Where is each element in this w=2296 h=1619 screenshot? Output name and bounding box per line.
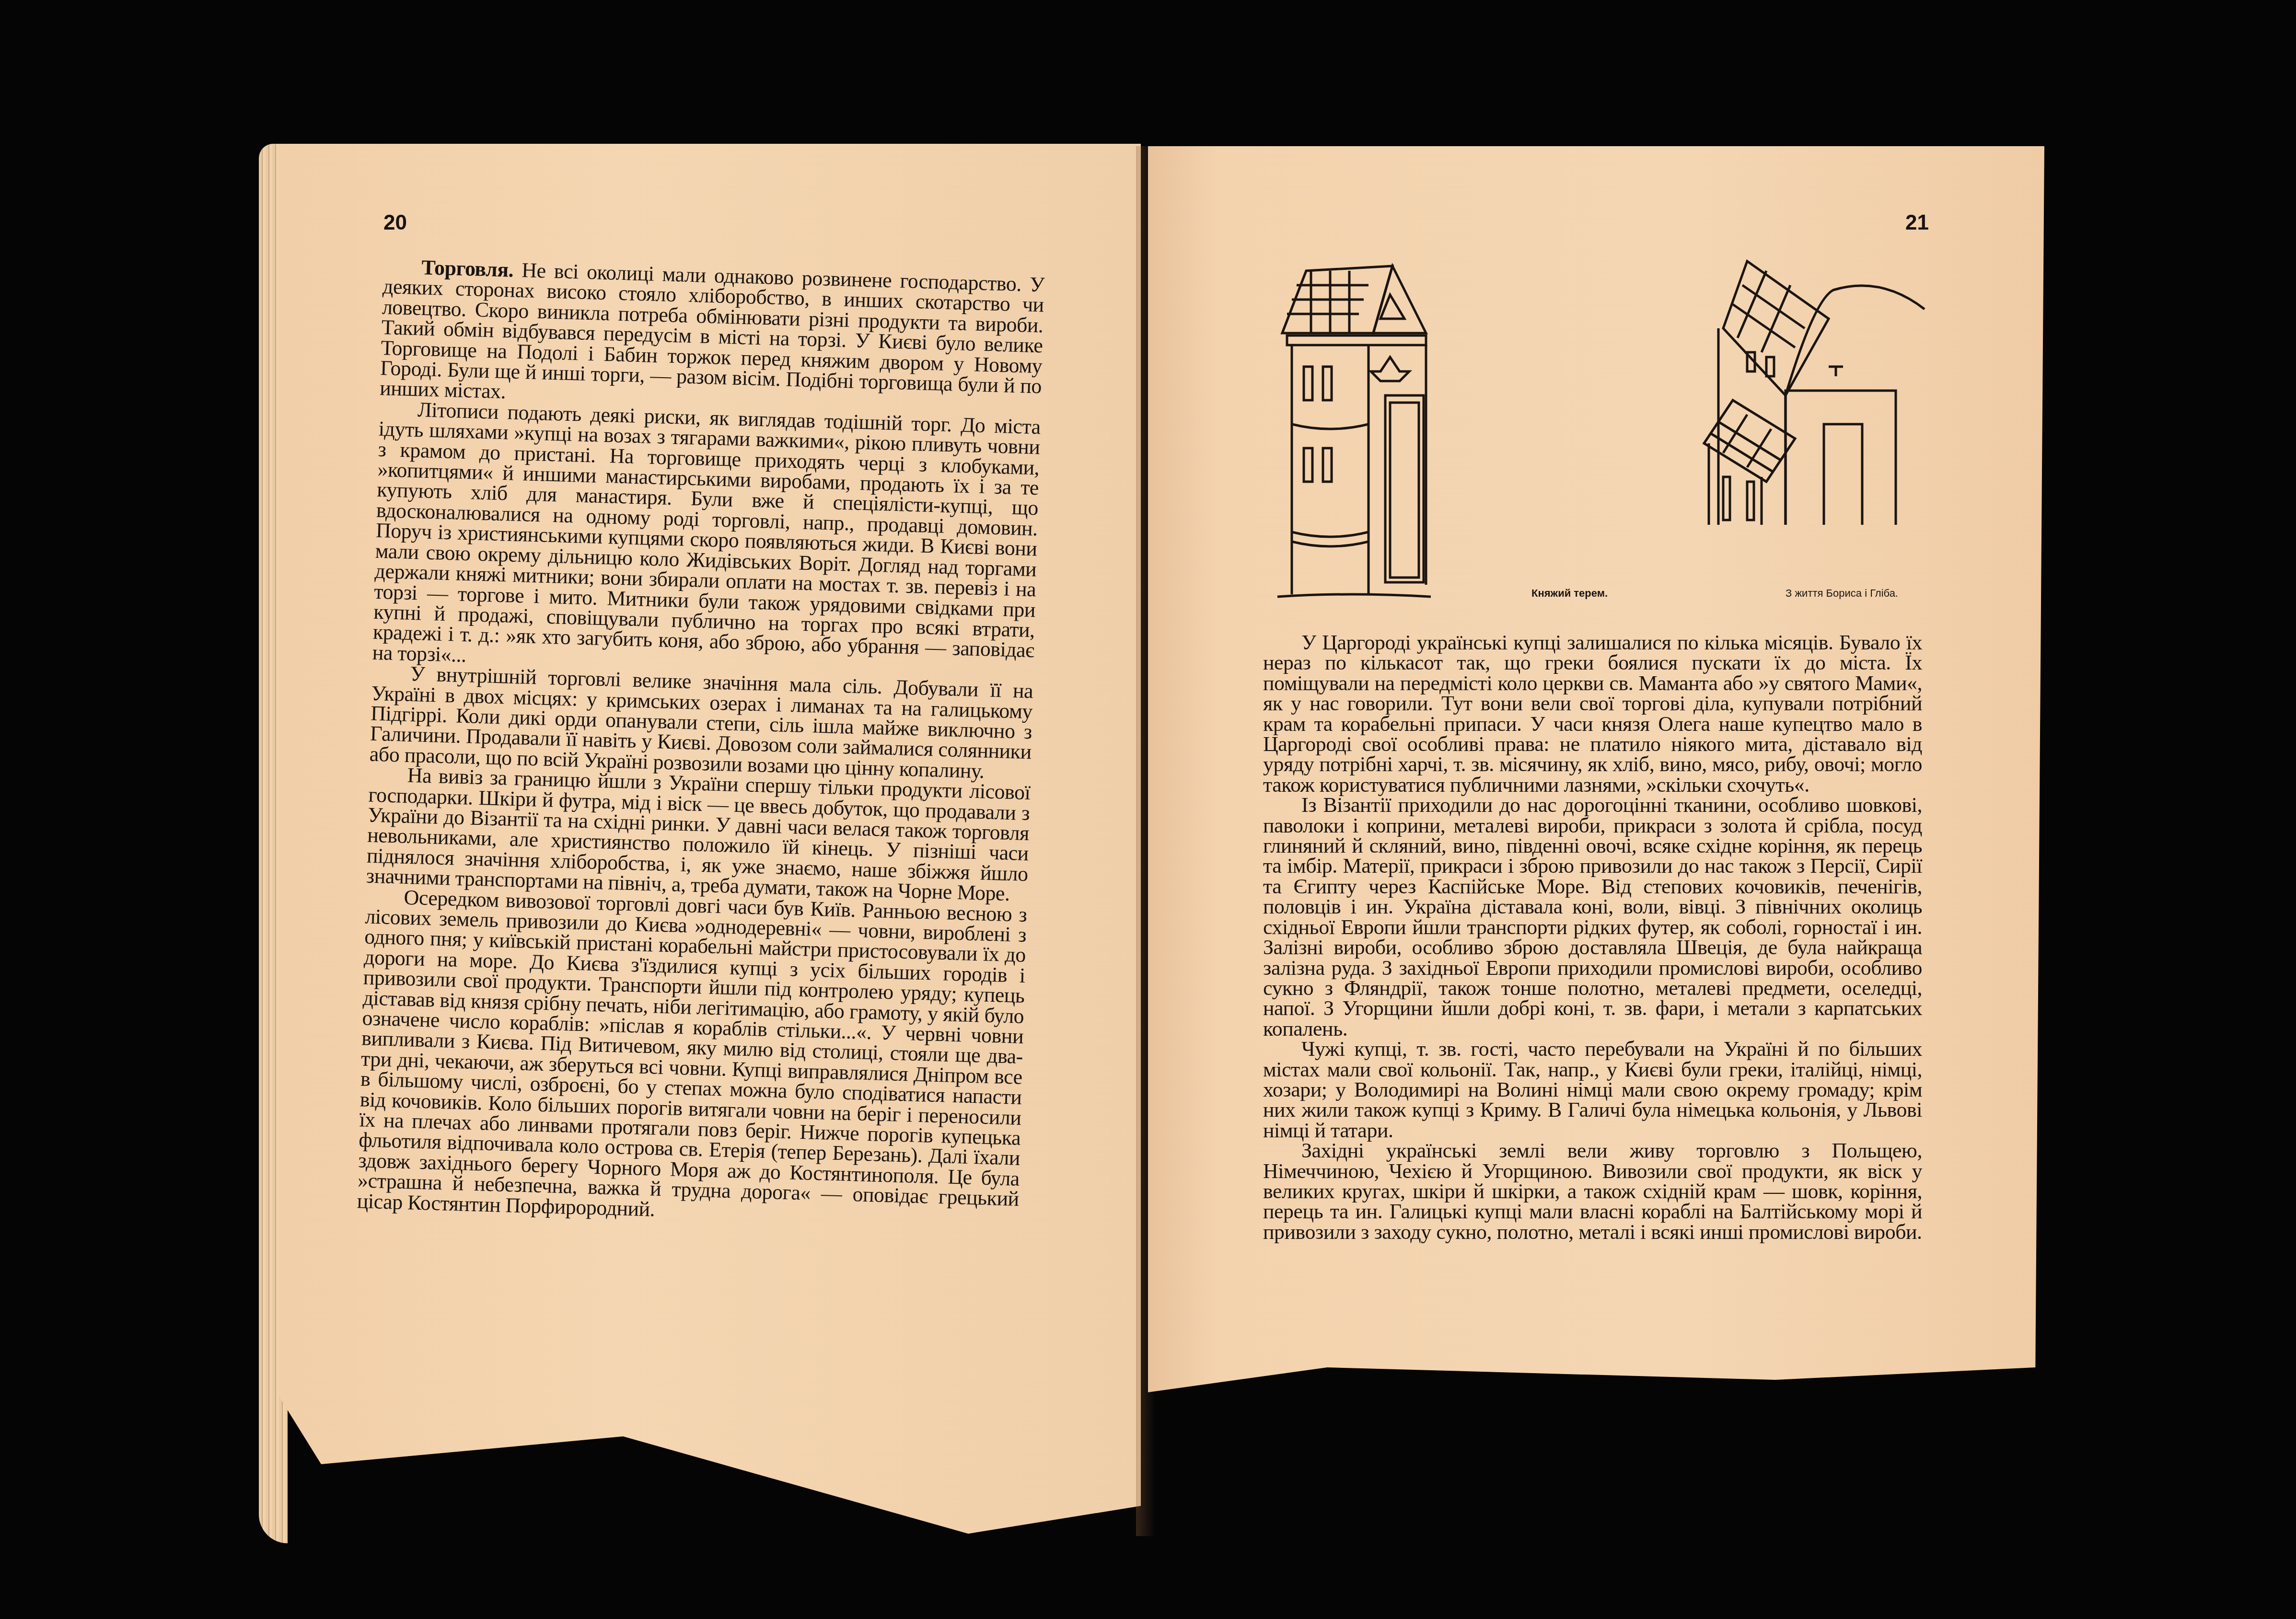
page-number-right: 21 xyxy=(1905,211,1929,235)
paragraph-tsargorod: У Царгороді українські купці залишалися … xyxy=(1263,633,1922,795)
figure-caption-boris-gleb: З життя Бориса і Гліба. xyxy=(1786,587,1898,600)
paragraph-imports: Із Візантії приходили до нас дорогоцінні… xyxy=(1263,795,1922,1039)
paragraph-chronicles: Літописи подають деякі риски, як вигляда… xyxy=(372,399,1041,682)
paragraph-export: На вивіз за границю йшли з України сперш… xyxy=(366,764,1031,905)
left-page: 20 Торговля. Не всі околиці мали однаков… xyxy=(278,144,1141,1534)
buildings-drawing-icon xyxy=(1690,256,1929,525)
paragraph-trade-intro: Торговля. Не всі околиці мали однаково р… xyxy=(380,256,1045,417)
right-page: 21 Княжий терем. З життя Бориса і Гліба. xyxy=(1148,146,2044,1392)
paragraph-kyiv-center: Осередком вивозової торговлі довгі часи … xyxy=(357,886,1027,1230)
figure-caption-prince-tower: Княжий терем. xyxy=(1531,587,1608,600)
right-page-text: У Царгороді українські купці залишалися … xyxy=(1263,633,1922,1242)
page-number-left: 20 xyxy=(383,211,407,235)
left-page-text: Торговля. Не всі околиці мали однаково р… xyxy=(357,256,1044,1230)
paragraph-foreign-merchants: Чужі купці, т. зв. гості, часто перебува… xyxy=(1263,1039,1922,1141)
house-tower-drawing-icon xyxy=(1277,256,1512,601)
paragraph-western-lands: Західні українські землі вели живу торго… xyxy=(1263,1141,1922,1242)
